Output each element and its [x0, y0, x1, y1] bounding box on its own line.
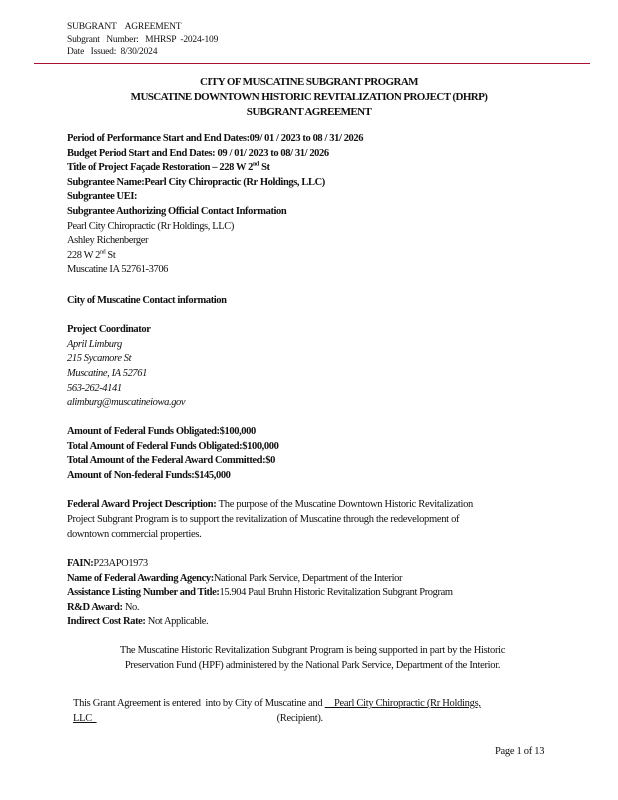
- total-federal-funds-obligated: Total Amount of Federal Funds Obligated:…: [67, 440, 278, 455]
- date-issued-line: Date Issued: 8/30/2024: [67, 46, 218, 59]
- project-title-value: Façade Restoration – 228 W 2: [130, 162, 253, 173]
- date-issued-label: Date Issued:: [67, 47, 116, 57]
- subgrantee-name-label: Subgrantee Name:: [67, 177, 144, 188]
- description-line-3: downtown commercial properties.: [67, 528, 547, 543]
- federal-obligated-label: Amount of Federal Funds Obligated:: [67, 426, 220, 437]
- indirect-cost-rate: Indirect Cost Rate: Not Applicable.: [67, 615, 453, 630]
- official-org: Pearl City Chiropractic (Rr Holdings, LL…: [67, 220, 363, 235]
- title-line-3: SUBGRANT AGREEMENT: [0, 105, 618, 120]
- listing-label: Assistance Listing Number and Title:: [67, 587, 219, 598]
- budget-value: 09 / 01/ 2023 to 08/ 31/ 2026: [218, 148, 329, 159]
- total-federal-obligated-value: $100,000: [242, 441, 278, 452]
- coordinator-email[interactable]: alimburg@muscatineiowa.gov: [67, 396, 227, 411]
- subgrantee-uei: Subgrantee UEI:: [67, 190, 363, 205]
- coordinator-name: April Limburg: [67, 338, 227, 353]
- award-info: FAIN:P23APO1973 Name of Federal Awarding…: [67, 557, 453, 630]
- subgrant-number-line: Subgrant Number: MHRSP -2024-109: [67, 34, 218, 47]
- rd-label: R&D Award:: [67, 602, 123, 613]
- description-label: Federal Award Project Description:: [67, 499, 217, 510]
- recipient-name-line-2: LLC: [73, 713, 97, 724]
- project-title-street: St: [259, 162, 270, 173]
- awarding-agency: Name of Federal Awarding Agency:National…: [67, 572, 453, 587]
- project-description: Federal Award Project Description: The p…: [67, 498, 547, 542]
- description-line-1: The purpose of the Muscatine Downtown Hi…: [217, 499, 473, 510]
- street-suffix: St: [105, 250, 115, 261]
- period-value: 09/ 01 / 2023 to 08 / 31/ 2026: [250, 133, 363, 144]
- fain-value: P23APO1973: [93, 558, 147, 569]
- federal-funds-obligated: Amount of Federal Funds Obligated:$100,0…: [67, 425, 278, 440]
- listing-value: 15.904 Paul Bruhn Historic Revitalizatio…: [219, 587, 452, 598]
- rd-award: R&D Award: No.: [67, 601, 453, 616]
- spacer: [67, 309, 227, 324]
- agreement-header: SUBGRANT AGREEMENT Subgrant Number: MHRS…: [67, 21, 218, 59]
- header-divider: [34, 63, 590, 64]
- support-line-1: The Muscatine Historic Revitalization Su…: [80, 644, 545, 659]
- agency-value: National Park Service, Department of the…: [214, 573, 402, 584]
- coordinator-phone: 563-262-4141: [67, 382, 227, 397]
- indirect-value: Not Applicable.: [146, 616, 209, 627]
- agreement-statement: This Grant Agreement is entered into by …: [73, 697, 553, 727]
- non-federal-label: Amount of Non-federal Funds:: [67, 470, 194, 481]
- city-contact: City of Muscatine Contact information Pr…: [67, 294, 227, 411]
- subgrantee-name-value: Pearl City Chiropractic (Rr Holdings, LL…: [144, 177, 325, 188]
- federal-obligated-value: $100,000: [220, 426, 256, 437]
- indirect-label: Indirect Cost Rate:: [67, 616, 146, 627]
- coordinator-city: Muscatine, IA 52761: [67, 367, 227, 382]
- official-name: Ashley Richenberger: [67, 234, 363, 249]
- recipient-name-line-1: Pearl City Chiropractic (Rr Holdings,: [325, 698, 481, 709]
- agreement-text: This Grant Agreement is entered into by …: [73, 698, 325, 709]
- authorizing-official-heading: Subgrantee Authorizing Official Contact …: [67, 205, 363, 220]
- subgrantee-name: Subgrantee Name:Pearl City Chiropractic …: [67, 176, 363, 191]
- city-contact-heading: City of Muscatine Contact information: [67, 294, 227, 309]
- document-title: CITY OF MUSCATINE SUBGRANT PROGRAM MUSCA…: [0, 75, 618, 120]
- title-line-1: CITY OF MUSCATINE SUBGRANT PROGRAM: [0, 75, 618, 90]
- official-city: Muscatine IA 52761-3706: [67, 263, 363, 278]
- project-title: Title of Project Façade Restoration – 22…: [67, 161, 363, 176]
- assistance-listing: Assistance Listing Number and Title:15.9…: [67, 586, 453, 601]
- uei-label: Subgrantee UEI:: [67, 191, 137, 202]
- date-issued: 8/30/2024: [121, 47, 158, 57]
- funds-summary: Amount of Federal Funds Obligated:$100,0…: [67, 425, 278, 483]
- description-line-2: Project Subgrant Program is to support t…: [67, 513, 547, 528]
- agency-label: Name of Federal Awarding Agency:: [67, 573, 214, 584]
- coordinator-role: Project Coordinator: [67, 323, 227, 338]
- total-committed-value: $0: [265, 455, 275, 466]
- street-number: 228 W 2: [67, 250, 100, 261]
- subgrant-number-label: Subgrant Number:: [67, 35, 139, 45]
- budget-period: Budget Period Start and End Dates: 09 / …: [67, 147, 363, 162]
- doc-type: SUBGRANT AGREEMENT: [67, 21, 218, 34]
- support-line-2: Preservation Fund (HPF) administered by …: [80, 659, 545, 674]
- support-statement: The Muscatine Historic Revitalization Su…: [80, 644, 545, 674]
- grant-details: Period of Performance Start and End Date…: [67, 132, 363, 278]
- total-federal-obligated-label: Total Amount of Federal Funds Obligated:: [67, 441, 242, 452]
- title-line-2: MUSCATINE DOWNTOWN HISTORIC REVITALIZATI…: [0, 90, 618, 105]
- period-of-performance: Period of Performance Start and End Date…: [67, 132, 363, 147]
- non-federal-value: $145,000: [194, 470, 230, 481]
- total-committed: Total Amount of the Federal Award Commit…: [67, 454, 278, 469]
- fain: FAIN:P23APO1973: [67, 557, 453, 572]
- page-number: Page 1 of 13: [495, 746, 544, 757]
- subgrant-number: MHRSP -2024-109: [145, 35, 218, 45]
- recipient-label: (Recipient).: [277, 713, 323, 724]
- non-federal-funds: Amount of Non-federal Funds:$145,000: [67, 469, 278, 484]
- project-title-label: Title of Project: [67, 162, 128, 173]
- period-label: Period of Performance Start and End Date…: [67, 133, 250, 144]
- official-street: 228 W 2nd St: [67, 249, 363, 264]
- budget-label: Budget Period Start and End Dates:: [67, 148, 215, 159]
- coordinator-street: 215 Sycamore St: [67, 352, 227, 367]
- fain-label: FAIN:: [67, 558, 93, 569]
- total-committed-label: Total Amount of the Federal Award Commit…: [67, 455, 265, 466]
- rd-value: No.: [123, 602, 139, 613]
